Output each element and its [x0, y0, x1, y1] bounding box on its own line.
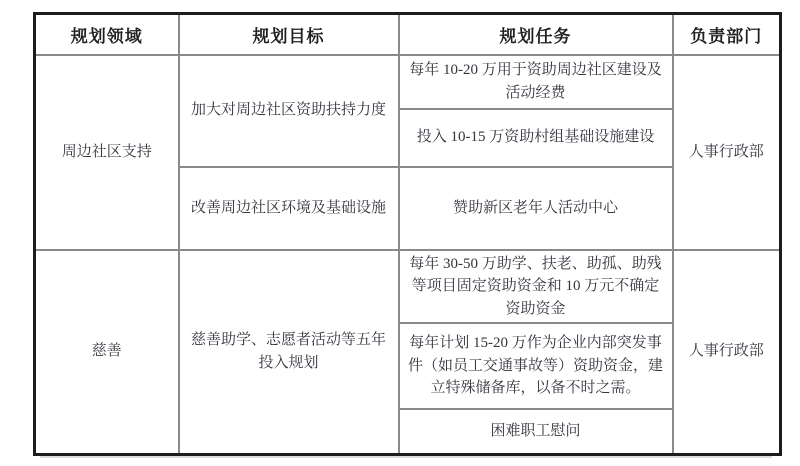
- task-cell-village-infrastructure: 投入 10-15 万资助村组基础设施建设: [399, 109, 673, 167]
- department-cell-hr-admin-1: 人事行政部: [673, 55, 781, 250]
- table-row: 慈善 慈善助学、志愿者活动等五年投入规划 每年 30-50 万助学、扶老、助孤、…: [35, 250, 781, 324]
- area-cell-community-support: 周边社区支持: [35, 55, 179, 250]
- header-cell-task: 规划任务: [399, 14, 673, 55]
- page-edge-shadow: [40, 456, 772, 458]
- document-page: 规划领域 规划目标 规划任务 负责部门 周边社区支持 加大对周边社区资助扶持力度…: [0, 0, 800, 466]
- header-row: 规划领域 规划目标 规划任务 负责部门: [35, 14, 781, 55]
- goal-cell-improve-environment: 改善周边社区环境及基础设施: [179, 167, 399, 250]
- area-cell-charity: 慈善: [35, 250, 179, 455]
- goal-cell-increase-support: 加大对周边社区资助扶持力度: [179, 55, 399, 167]
- table-row: 周边社区支持 加大对周边社区资助扶持力度 每年 10-20 万用于资助周边社区建…: [35, 55, 781, 109]
- header-cell-area: 规划领域: [35, 14, 179, 55]
- department-cell-hr-admin-2: 人事行政部: [673, 250, 781, 455]
- header-cell-goal: 规划目标: [179, 14, 399, 55]
- goal-cell-charity-five-year-plan: 慈善助学、志愿者活动等五年投入规划: [179, 250, 399, 455]
- planning-table: 规划领域 规划目标 规划任务 负责部门 周边社区支持 加大对周边社区资助扶持力度…: [33, 12, 782, 456]
- task-cell-sponsor-senior-center: 赞助新区老年人活动中心: [399, 167, 673, 250]
- task-cell-employee-hardship-visits: 困难职工慰问: [399, 409, 673, 454]
- header-cell-department: 负责部门: [673, 14, 781, 55]
- task-cell-emergency-reserve-fund: 每年计划 15-20 万作为企业内部突发事件（如员工交通事故等）资助资金，建立特…: [399, 323, 673, 409]
- task-cell-annual-community-funding: 每年 10-20 万用于资助周边社区建设及活动经费: [399, 55, 673, 109]
- task-cell-annual-aid-funding: 每年 30-50 万助学、扶老、助孤、助残等项目固定资助资金和 10 万元不确定…: [399, 250, 673, 324]
